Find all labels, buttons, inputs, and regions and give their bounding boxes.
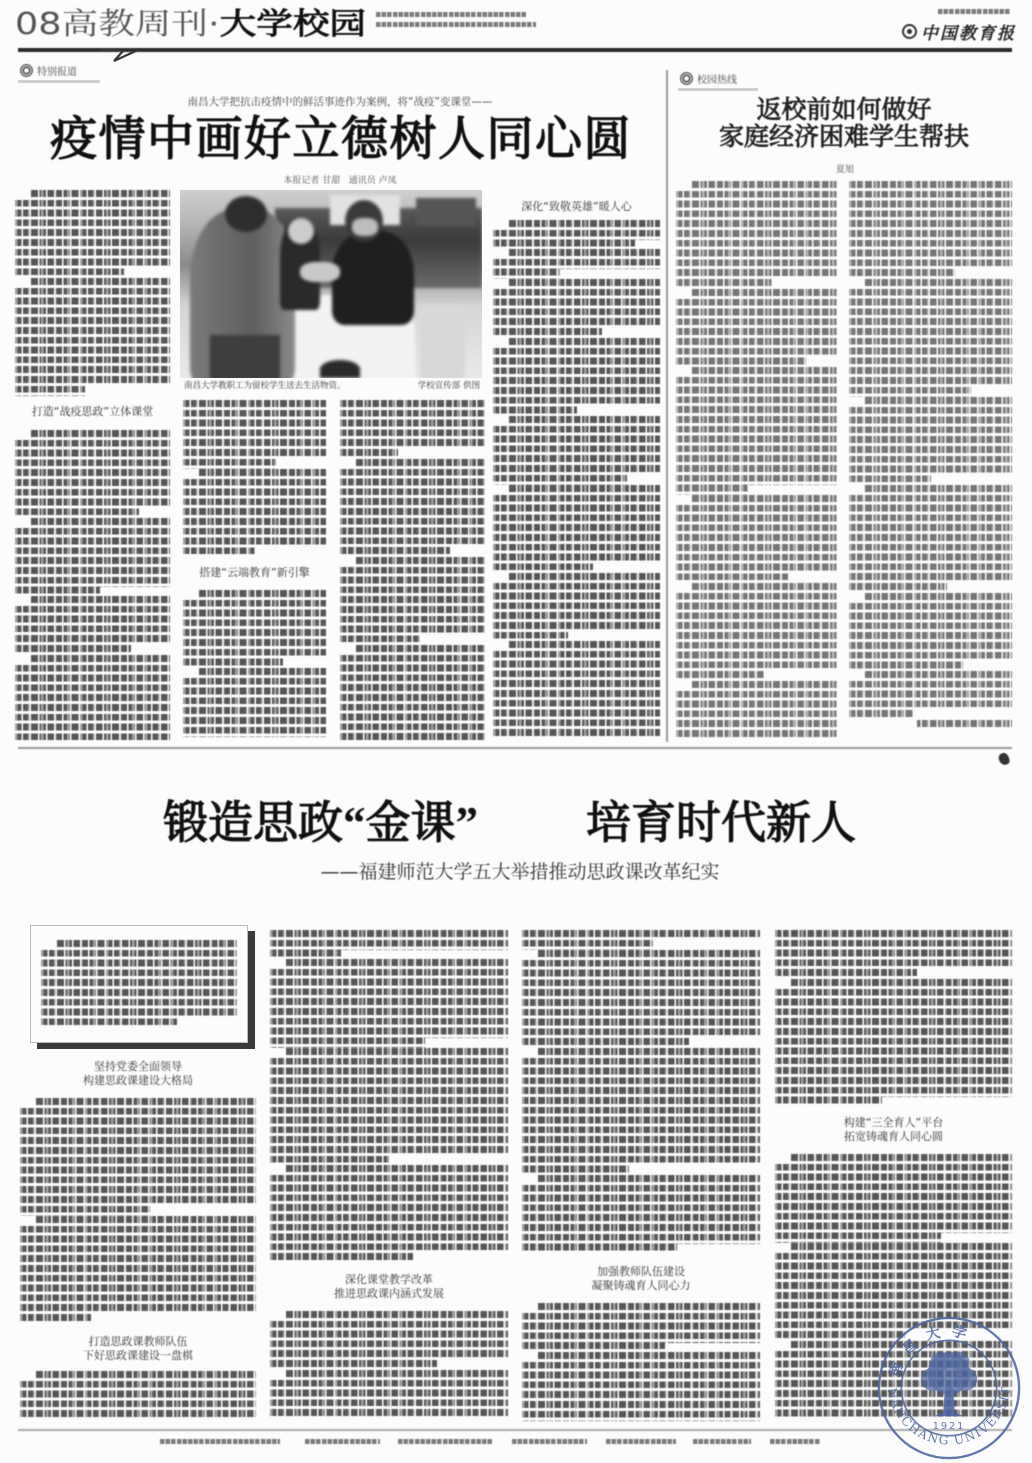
article-title-part1: 锻造思政“金课”: [163, 797, 478, 849]
photo-caption-text: 南昌大学教职工为留校学生送去生活物资。: [184, 381, 346, 392]
footer-retail: [770, 1439, 820, 1445]
page-masthead: 08高教周刊·大学校园: [15, 7, 366, 43]
body-paragraph: [775, 979, 1012, 1106]
article-column: 打造“战疫思政”立体课堂: [15, 190, 170, 743]
article-column: 搭建“云端教育”新引擎: [183, 400, 326, 737]
body-paragraph: [183, 590, 326, 668]
body-paragraph: [849, 397, 1012, 485]
body-paragraph: [15, 518, 170, 596]
body-paragraph: [183, 400, 326, 469]
section-subhead-line: 下好思政课建设一盘棋: [20, 1349, 256, 1363]
column-tag-label: 特别报道: [37, 63, 77, 78]
newspaper-logo: 中国教育报: [902, 19, 1016, 44]
body-paragraph: [676, 367, 838, 494]
body-paragraph: [20, 1371, 256, 1420]
masthead-contact-line: [376, 22, 536, 28]
column-tag-label: 校园热线: [697, 71, 737, 86]
article-byline: 本报记者 甘甜 通讯员 卢凤: [230, 173, 450, 186]
section-subhead-line: 推进思政课内涵式发展: [270, 1287, 508, 1301]
body-paragraph: [522, 950, 760, 1048]
section-subhead-line: 构建思政课建设大格局: [20, 1074, 256, 1088]
section-subhead-line: 拓宽铸魂育人同心圆: [775, 1130, 1012, 1144]
section-subhead: 打造“战疫思政”立体课堂: [15, 405, 170, 419]
body-paragraph: [493, 573, 660, 642]
column-tag-special-report: 特别报道: [20, 63, 77, 78]
body-paragraph: [270, 1370, 508, 1419]
body-paragraph: [676, 289, 838, 367]
article-column: 深化课堂教学改革 推进思政课内涵式发展: [270, 930, 508, 1419]
article-title: 疫情中画好立德树人同心圆: [50, 112, 632, 168]
body-paragraph: [676, 181, 838, 289]
body-paragraph: [493, 641, 660, 739]
article-title-part2: 培育时代新人: [586, 797, 856, 849]
body-paragraph: [340, 400, 486, 459]
section-subhead-line: 深化课堂教学改革: [270, 1273, 508, 1287]
body-paragraph: [849, 181, 1012, 279]
article-intro-box: [30, 925, 248, 1043]
section-subhead-line: 打造思政课教师队伍: [20, 1335, 256, 1349]
article-subtitle: ——福建师范大学五大举措推动思政课改革纪实: [280, 860, 760, 884]
section-name: 高教周刊·: [62, 7, 220, 42]
footer-postcode: [305, 1439, 380, 1445]
body-paragraph: [340, 557, 486, 645]
body-paragraph: [183, 469, 326, 557]
pen-nib-icon: [997, 752, 1011, 767]
article-title-line: 返校前如何做好: [676, 96, 1012, 123]
newspaper-logo-text: 中国教育报: [921, 19, 1016, 44]
emblem-icon: [20, 64, 33, 77]
body-paragraph: [15, 430, 170, 518]
photo-caption: 南昌大学教职工为留校学生送去生活物资。 学校宣传部 供图: [184, 381, 480, 392]
section-subhead: 搭建“云端教育”新引擎: [183, 566, 326, 580]
body-paragraph: [849, 485, 1012, 593]
article-column: 加强教师队伍建设 凝聚铸魂育人同心力: [522, 930, 760, 1421]
body-paragraph: [15, 278, 170, 396]
body-paragraph: [270, 930, 508, 959]
section-separator: [18, 747, 1012, 749]
body-paragraph: [20, 1216, 256, 1324]
footer-phone: [398, 1439, 493, 1445]
body-paragraph: [676, 681, 838, 740]
issue-date: [938, 9, 1010, 14]
body-paragraph: [270, 1048, 508, 1166]
body-paragraph: [270, 1165, 508, 1263]
body-paragraph: [522, 1175, 760, 1253]
body-paragraph: [493, 279, 660, 338]
body-paragraph: [775, 930, 1012, 979]
article-kicker: 南昌大学把抗击疫情中的鲜活事迹作为案例，将“战疫”变课堂——: [100, 94, 580, 109]
body-paragraph: [340, 459, 486, 557]
article-column: [340, 400, 486, 743]
body-paragraph: [493, 220, 660, 249]
section-subhead-line: 加强教师队伍建设: [522, 1265, 760, 1279]
subsection-name: 大学校园: [220, 7, 366, 42]
body-paragraph: [270, 1311, 508, 1370]
footer-price: [693, 1439, 751, 1445]
section-subhead-line: 凝聚铸魂育人同心力: [522, 1279, 760, 1293]
body-paragraph: [522, 930, 760, 950]
body-paragraph: [15, 655, 170, 743]
article-byline: 夏旭: [800, 162, 890, 175]
section-subhead-line: 坚持党委全面领导: [20, 1060, 256, 1074]
column-divider: [666, 70, 668, 742]
body-paragraph: [849, 671, 1012, 720]
newspaper-page: 08高教周刊·大学校园 中国教育报 特别报道 南昌大学把抗击疫情中的鲜活事迹作为…: [0, 0, 1032, 1463]
nanchang-university-seal: 南昌大学 NANCHANG UNIVERSITY 1921: [876, 1315, 1022, 1461]
section-subhead-line: 构建“三全育人”平台: [775, 1116, 1012, 1130]
masthead-rule: [18, 48, 1012, 52]
body-paragraph: [676, 583, 838, 681]
column-tag-underline: [678, 88, 758, 91]
body-paragraph: [15, 596, 170, 655]
seal-founded-year: 1921: [933, 1421, 966, 1432]
article-title-line: 家庭经济困难学生帮扶: [676, 123, 1012, 150]
body-paragraph: [270, 959, 508, 1047]
body-paragraph: [493, 338, 660, 416]
footer-address: [160, 1439, 280, 1445]
tree-icon: [921, 1352, 977, 1416]
body-paragraph: [15, 190, 170, 278]
article-column: 坚持党委全面领导 构建思政课建设大格局 打造思政课教师队伍 下好思政课建设一盘棋: [20, 1060, 256, 1420]
intro-paragraph: [41, 940, 237, 1028]
photo-credit: 学校宣传部 供图: [418, 381, 480, 392]
body-paragraph: [676, 495, 838, 583]
body-paragraph: [493, 249, 660, 278]
article-column: 深化“致敬英雄”暖人心: [493, 200, 660, 739]
body-paragraph: [522, 1303, 760, 1352]
article-column: [676, 181, 838, 740]
masthead-editors-line: [376, 12, 526, 18]
body-paragraph: [340, 645, 486, 743]
article-title: 返校前如何做好 家庭经济困难学生帮扶: [676, 96, 1012, 150]
body-paragraph: [183, 668, 326, 737]
body-paragraph: [493, 416, 660, 485]
body-paragraph: [493, 485, 660, 573]
article-column: [849, 181, 1012, 730]
page-number: 08: [15, 7, 62, 42]
footer-fax: [512, 1439, 587, 1445]
emblem-icon: [902, 24, 917, 39]
author-affiliation-note: [849, 720, 1012, 730]
masthead-rule-notch: [100, 44, 150, 66]
news-photo-volunteers: [180, 190, 482, 378]
column-tag-underline: [18, 80, 100, 83]
body-paragraph: [522, 1048, 760, 1175]
footer-rule: [18, 1429, 1012, 1431]
column-tag-campus-hotline: 校园热线: [680, 71, 737, 86]
body-paragraph: [775, 1154, 1012, 1242]
body-paragraph: [849, 593, 1012, 671]
body-paragraph: [20, 1098, 256, 1216]
body-paragraph: [522, 1352, 760, 1421]
footer-printer: [606, 1439, 676, 1445]
emblem-icon: [680, 72, 693, 85]
section-subhead: 深化“致敬英雄”暖人心: [493, 200, 660, 214]
body-paragraph: [849, 279, 1012, 397]
